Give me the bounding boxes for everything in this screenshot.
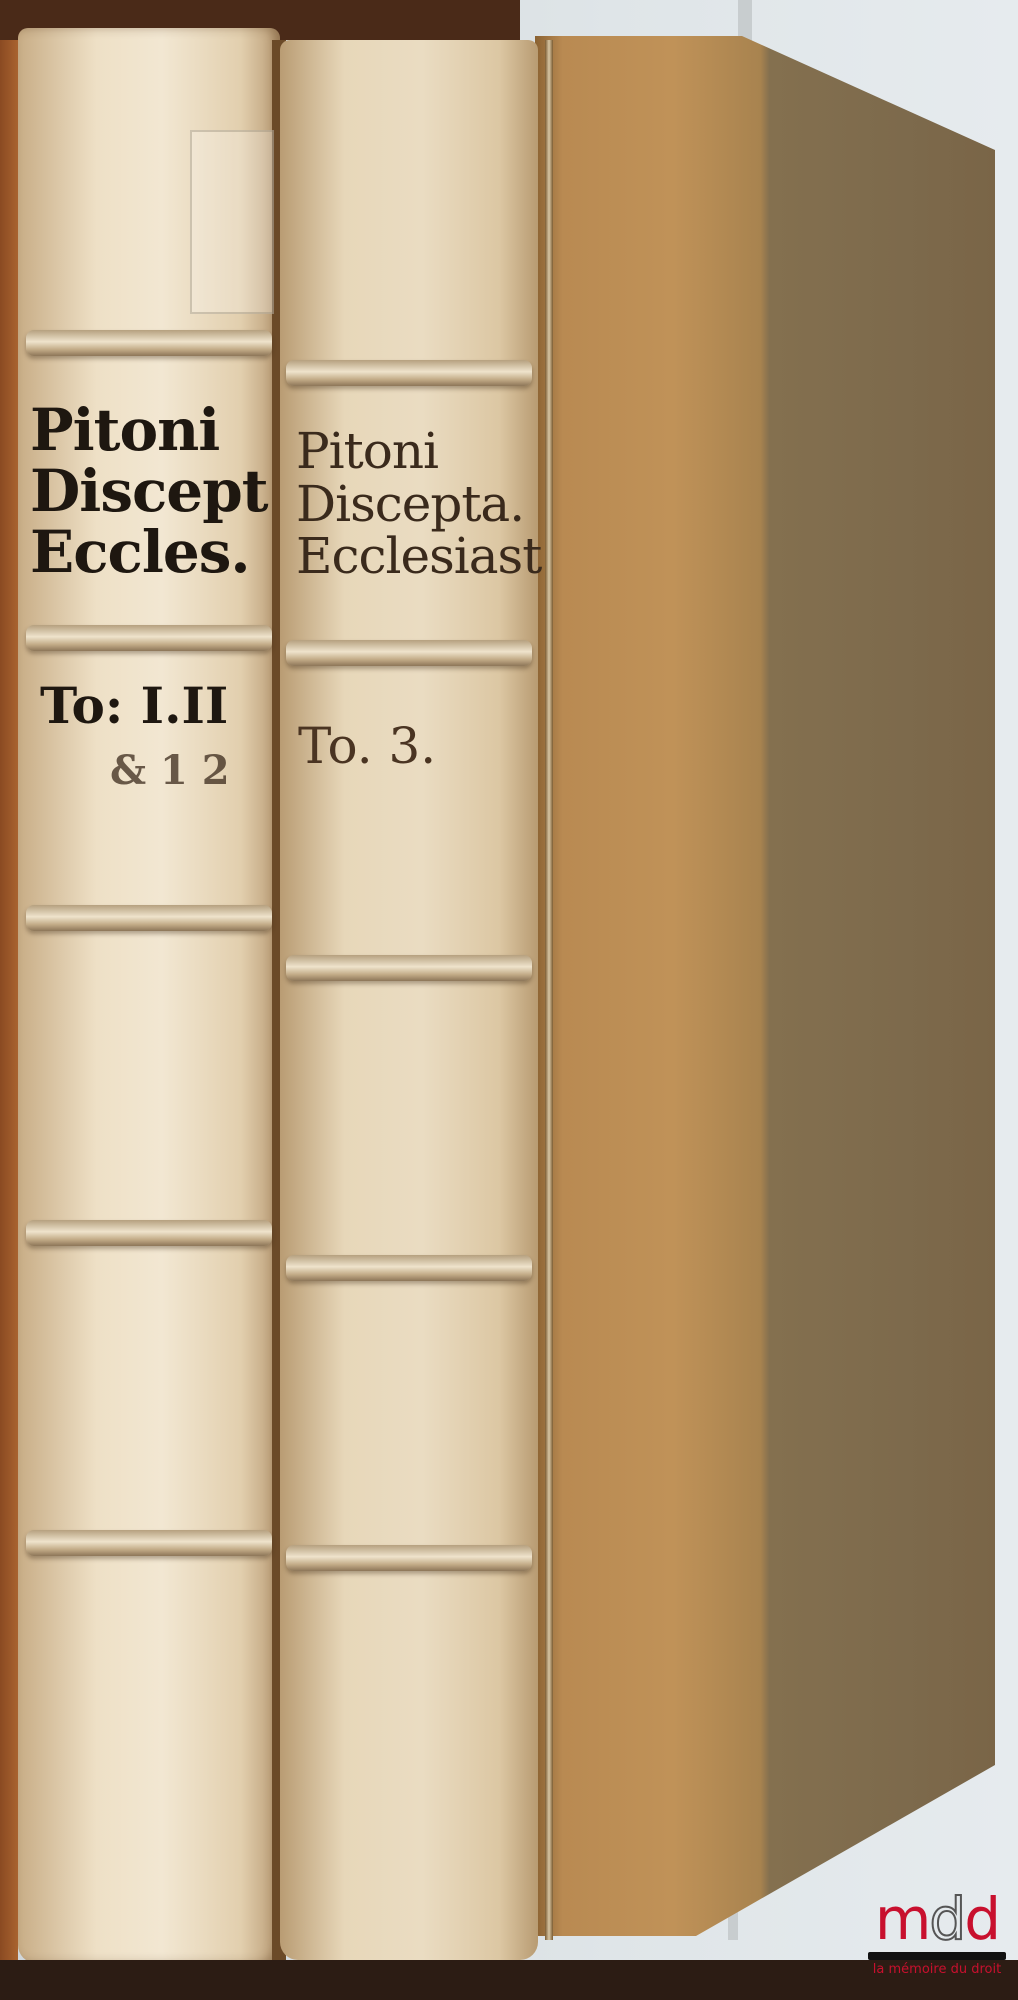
raised-band — [26, 1220, 272, 1246]
raised-band — [286, 640, 532, 666]
logo-underline-bar — [868, 1952, 1006, 1960]
logo-letter: d — [964, 1885, 999, 1953]
book-two-title-line: Discepta. — [296, 478, 541, 531]
raised-band — [286, 955, 532, 981]
logo-letter: m — [875, 1885, 930, 1953]
book-two-spine — [280, 40, 538, 1960]
raised-band — [286, 1255, 532, 1281]
raised-band — [286, 360, 532, 386]
logo-mark: mdd — [862, 1890, 1012, 1948]
book-one-title-line: Discept — [30, 461, 268, 522]
book-two-board-edge — [545, 40, 553, 1940]
book-one-volume: To: I.II — [40, 680, 228, 733]
book-one-title: Pitoni Discept Eccles. — [30, 400, 268, 583]
book-two-title: Pitoni Discepta. Ecclesiast — [296, 425, 541, 583]
mdd-watermark-logo: mdd la mémoire du droit — [862, 1890, 1012, 1990]
book-two-front-board — [535, 36, 995, 1936]
worn-label-patch — [190, 130, 274, 314]
book-one-spine — [18, 28, 280, 1963]
photo-scene: Pitoni Discept Eccles. To: I.II & 1 2 Pi… — [0, 0, 1018, 2000]
logo-tagline: la mémoire du droit — [862, 1962, 1012, 1977]
book-one-annotation: & 1 2 — [110, 750, 230, 792]
book-two-title-line: Pitoni — [296, 425, 541, 478]
book-two-title-line: Ecclesiast — [296, 530, 541, 583]
logo-letter-outline: d — [929, 1885, 964, 1953]
book-one-title-line: Eccles. — [30, 522, 268, 583]
raised-band — [286, 1545, 532, 1571]
raised-band — [26, 905, 272, 931]
raised-band — [26, 625, 272, 651]
book-two-volume: To. 3. — [298, 720, 436, 773]
wooden-shelf-edge — [0, 0, 18, 2000]
raised-band — [26, 1530, 272, 1556]
raised-band — [26, 330, 272, 356]
book-one-title-line: Pitoni — [30, 400, 268, 461]
